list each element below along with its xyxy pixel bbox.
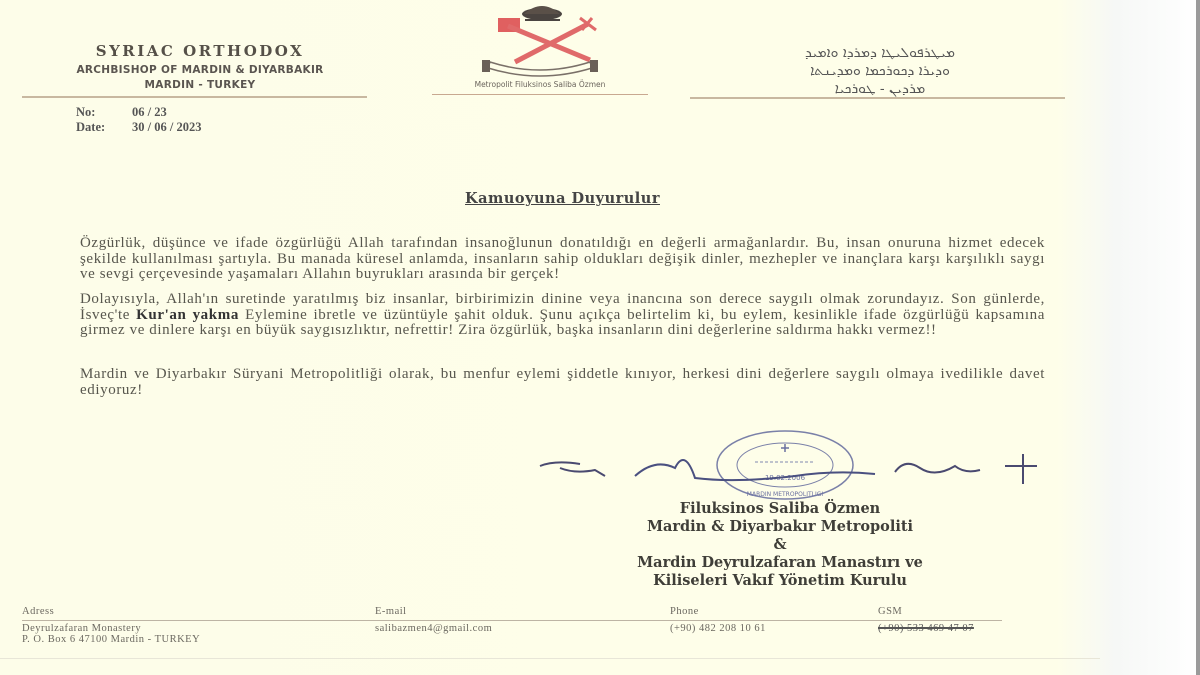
signer-org-line-2: Kiliseleri Vakıf Yönetim Kurulu	[520, 572, 1040, 590]
footer-address-line-1: Deyrulzafaran Monastery	[22, 623, 141, 634]
paragraph-2-emphasis: Kur'an yakma	[136, 307, 239, 323]
date-value: 30 / 06 / 2023	[132, 120, 201, 134]
footer-gsm-value: (+90) 533 469 47 07	[878, 623, 974, 634]
syriac-line-3: ܡܪܕܝܢ - ܛܘܪܟܝܐ	[690, 80, 1070, 98]
signer-ampersand: &	[520, 536, 1040, 554]
paragraph-3: Mardin ve Diyarbakır Süryani Metropolitl…	[80, 367, 1045, 398]
letterhead-left: SYRIAC ORTHODOX ARCHBISHOP OF MARDIN & D…	[0, 42, 400, 93]
header-divider-left	[22, 96, 367, 98]
letter-title: Kamuoyuna Duyurulur	[0, 190, 1125, 207]
footer-email-value: salibazmen4@gmail.com	[375, 623, 492, 634]
footer-address-label: Adress	[22, 606, 54, 617]
scan-edge	[1196, 0, 1200, 675]
signer-title: Mardin & Diyarbakır Metropoliti	[520, 518, 1040, 536]
footer-email-label: E-mail	[375, 606, 407, 617]
handwritten-signature-icon	[535, 448, 1055, 488]
logo-caption: Metropolit Filuksinos Saliba Özmen	[430, 80, 650, 89]
page-bottom-edge	[0, 658, 1100, 659]
org-line-2: ARCHBISHOP OF MARDIN & DIYARBAKIR	[0, 63, 400, 78]
signature-block: Filuksinos Saliba Özmen Mardin & Diyarba…	[520, 500, 1040, 590]
header-divider-right	[690, 97, 1065, 99]
signer-name: Filuksinos Saliba Özmen	[520, 500, 1040, 518]
letterhead-right-syriac: ܡܝܛܪܦܘܠܝܛܐ ܕܡܪܕܐ ܘܐܡܝܕ ܘܕܝܪܐ ܕܟܘܪܟܡܐ ܘܡܕ…	[690, 44, 1070, 98]
footer-phone-label: Phone	[670, 606, 699, 617]
footer-divider	[22, 620, 1002, 621]
signer-org-line-1: Mardin Deyrulzafaran Manastırı ve	[520, 554, 1040, 572]
number-label: No:	[76, 105, 132, 120]
date-label: Date:	[76, 120, 132, 135]
number-value: 06 / 23	[132, 105, 167, 119]
letter-meta: No:06 / 23 Date:30 / 06 / 2023	[76, 105, 201, 135]
paragraph-1: Özgürlük, düşünce ve ifade özgürlüğü All…	[80, 236, 1045, 283]
logo-divider	[432, 94, 648, 95]
paragraph-2: Dolayısıyla, Allah'ın suretinde yaratılm…	[80, 292, 1045, 339]
svg-text:MARDIN METROPOLITLIGI: MARDIN METROPOLITLIGI	[747, 491, 824, 498]
syriac-line-2: ܘܕܝܪܐ ܕܟܘܪܟܡܐ ܘܡܕܝܢܬܐ	[690, 62, 1070, 80]
footer-gsm-label: GSM	[878, 606, 902, 617]
footer-address-line-2: P. O. Box 6 47100 Mardin - TURKEY	[22, 634, 200, 645]
org-name: SYRIAC ORTHODOX	[0, 42, 400, 60]
syriac-line-1: ܡܝܛܪܦܘܠܝܛܐ ܕܡܪܕܐ ܘܐܡܝܕ	[690, 44, 1070, 62]
org-line-3: MARDIN - TURKEY	[0, 78, 400, 93]
footer-phone-value: (+90) 482 208 10 61	[670, 623, 766, 634]
